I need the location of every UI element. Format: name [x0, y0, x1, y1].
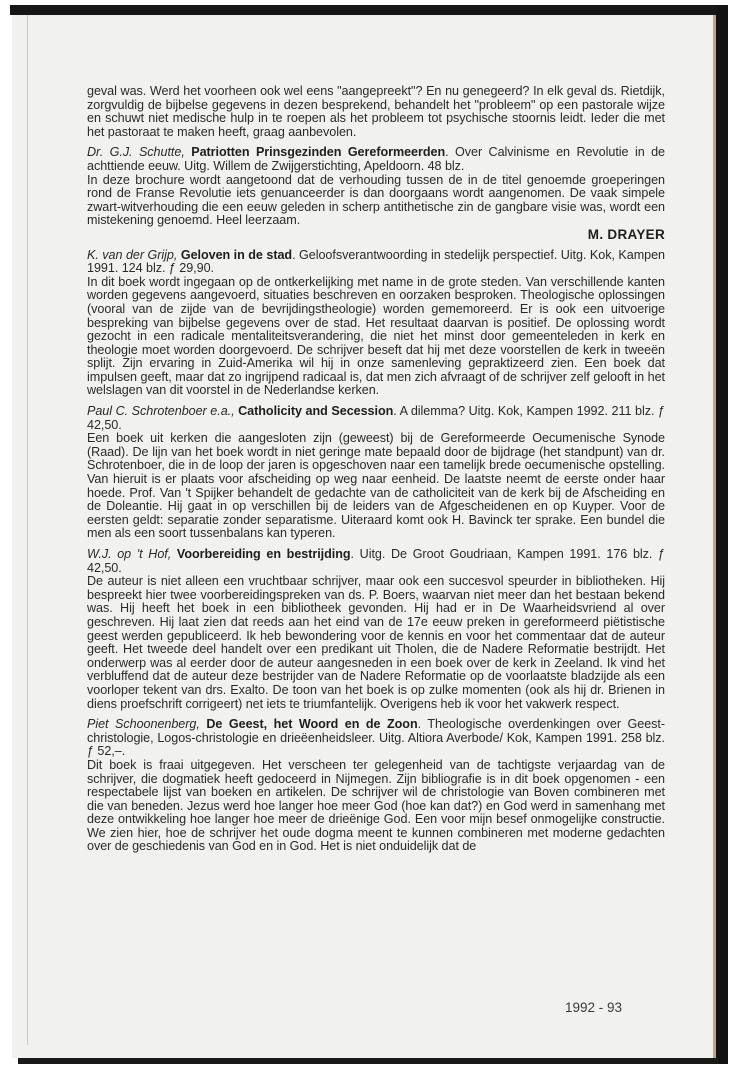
scan-border-right — [716, 5, 728, 1064]
review-title: Patriotten Prinsgezinden Gereformeerden — [191, 145, 445, 159]
review-title: Catholicity and Secession — [238, 404, 393, 418]
review-author: Paul C. Schrotenboer e.a., — [87, 404, 235, 418]
review-schutte: Dr. G.J. Schutte, Patriotten Prinsgezind… — [87, 146, 665, 241]
page-fold-line — [27, 15, 28, 1045]
review-body: In deze brochure wordt aangetoond dat de… — [87, 174, 665, 228]
review-citation: W.J. op 't Hof, Voorbereiding en bestrij… — [87, 548, 665, 575]
page-content: geval was. Werd het voorheen ook wel een… — [87, 85, 665, 854]
review-author: K. van der Grijp, — [87, 248, 177, 262]
review-author: Dr. G.J. Schutte, — [87, 145, 185, 159]
review-op-t-hof: W.J. op 't Hof, Voorbereiding en bestrij… — [87, 548, 665, 711]
intro-paragraph: geval was. Werd het voorheen ook wel een… — [87, 85, 665, 139]
review-body: De auteur is niet alleen een vruchtbaar … — [87, 575, 665, 711]
review-body: Een boek uit kerken die aangesloten zijn… — [87, 432, 665, 541]
review-van-der-grijp: K. van der Grijp, Geloven in de stad. Ge… — [87, 249, 665, 399]
review-title: De Geest, het Woord en de Zoon — [206, 717, 417, 731]
review-signature: M. DRAYER — [87, 228, 665, 242]
review-citation: K. van der Grijp, Geloven in de stad. Ge… — [87, 249, 665, 276]
review-details: . Uitg. De Groot Goudriaan, Kampen 1991.… — [87, 547, 665, 575]
review-body: Dit boek is fraai uitgegeven. Het versch… — [87, 759, 665, 854]
review-schoonenberg: Piet Schoonenberg, De Geest, het Woord e… — [87, 718, 665, 854]
review-schrotenboer: Paul C. Schrotenboer e.a., Catholicity a… — [87, 405, 665, 541]
scan-border-top — [10, 5, 728, 15]
review-citation: Piet Schoonenberg, De Geest, het Woord e… — [87, 718, 665, 759]
review-title: Geloven in de stad — [181, 248, 292, 262]
review-citation: Dr. G.J. Schutte, Patriotten Prinsgezind… — [87, 146, 665, 173]
review-author: W.J. op 't Hof, — [87, 547, 171, 561]
page-edge — [713, 15, 716, 1058]
review-author: Piet Schoonenberg, — [87, 717, 200, 731]
review-citation: Paul C. Schrotenboer e.a., Catholicity a… — [87, 405, 665, 432]
scan-border-bottom — [18, 1057, 718, 1064]
review-body: In dit boek wordt ingegaan op de ontkerk… — [87, 276, 665, 398]
review-title: Voorbereiding en bestrijding — [177, 547, 351, 561]
page-number: 1992 - 93 — [565, 1000, 622, 1015]
